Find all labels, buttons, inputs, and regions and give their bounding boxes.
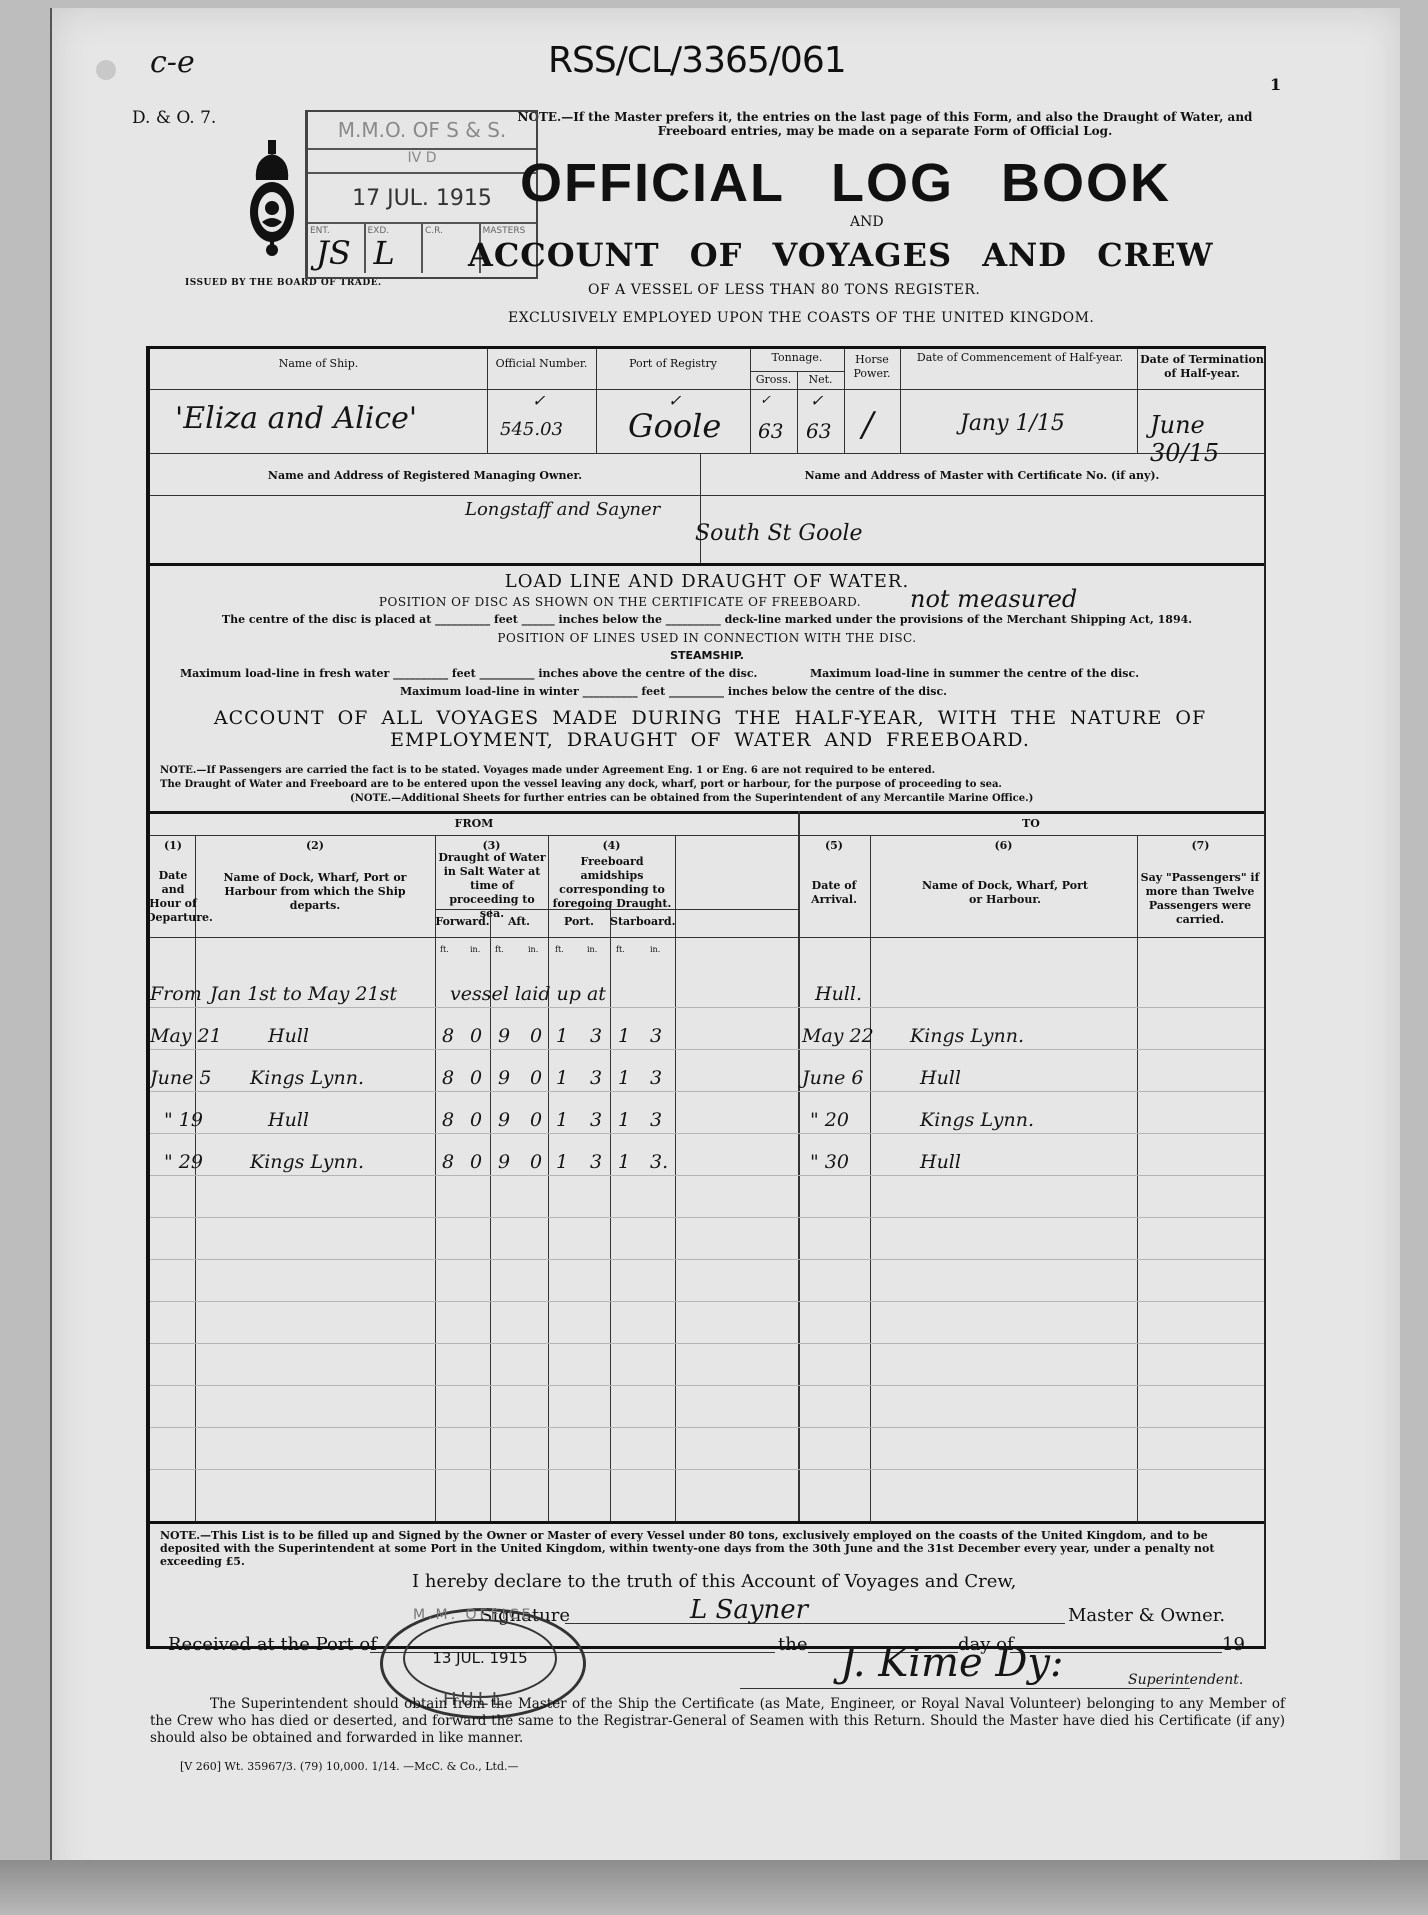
the-label: the	[778, 1634, 807, 1655]
disc-position: POSITION OF DISC AS SHOWN ON THE CERTIFI…	[350, 595, 890, 609]
owner-name: Longstaff and Sayner	[465, 499, 660, 520]
label-commencement: Date of Commencement of Half-year.	[910, 351, 1130, 365]
superintendent-label: Superintendent.	[1128, 1672, 1243, 1688]
issued-by: ISSUED BY THE BOARD OF TRADE.	[185, 278, 382, 288]
received-at-port-label: Received at the Port of	[168, 1634, 377, 1655]
royal-crest-icon	[248, 140, 296, 265]
form-code: D. & O. 7.	[132, 108, 216, 128]
col-arrival-port: Name of Dock, Wharf, Port or Harbour.	[920, 879, 1090, 907]
net-tonnage: 63	[806, 419, 831, 443]
col-departure-port: Name of Dock, Wharf, Port or Harbour fro…	[220, 871, 410, 913]
label-net: Net.	[797, 373, 844, 387]
label-horse-power: Horse Power.	[844, 353, 900, 381]
stamp-cell-ent: ENT.JS	[308, 224, 366, 273]
page-subtitle: ACCOUNT OF VOYAGES AND CREW	[468, 236, 1214, 274]
subcol-port: Port.	[548, 915, 610, 929]
label-owner: Name and Address of Registered Managing …	[150, 469, 700, 483]
master-owner-label: Master & Owner.	[1068, 1605, 1225, 1626]
official-number: 545.03	[500, 419, 563, 440]
print-code: [V 260] Wt. 35967/3. (79) 10,000. 1/14. …	[180, 1760, 519, 1773]
to-heading: TO	[798, 817, 1264, 831]
unit-in: in.	[528, 943, 538, 957]
year-label: 19	[1222, 1634, 1245, 1655]
horse-power: /	[862, 405, 873, 445]
col-6-num: (6)	[870, 839, 1137, 853]
stamp-dept: IV D	[308, 150, 536, 174]
vessel-class: OF A VESSEL OF LESS THAN 80 TONS REGISTE…	[588, 282, 980, 298]
laid-up-period: Jan 1st to May 21st	[210, 983, 397, 1005]
col-7-num: (7)	[1137, 839, 1264, 853]
winter-line: Maximum load-line in winter __________ f…	[400, 685, 1000, 698]
col-1-num: (1)	[146, 839, 200, 853]
archive-reference: RSS/CL/3365/061	[548, 40, 846, 81]
disc-position-value: not measured	[910, 585, 1077, 613]
fresh-water-line: Maximum load-line in fresh water _______…	[180, 667, 780, 680]
superintendent-instructions: The Superintendent should obtain from th…	[150, 1696, 1285, 1747]
page-number: 1	[1270, 75, 1281, 94]
voyages-note-3: (NOTE.—Additional Sheets for further ent…	[350, 793, 1033, 804]
voyages-note-2: The Draught of Water and Freeboard are t…	[160, 779, 1002, 790]
declaration: I hereby declare to the truth of this Ac…	[412, 1571, 1016, 1592]
superintendent-signature: J. Kime Dy:	[840, 1640, 1064, 1686]
unit-ft: ft.	[495, 943, 504, 957]
label-tonnage: Tonnage.	[750, 351, 844, 365]
page-title: OFFICIAL LOG BOOK	[520, 152, 1171, 214]
voyages-heading: ACCOUNT OF ALL VOYAGES MADE DURING THE H…	[170, 707, 1250, 751]
summer-line: Maximum load-line in summer the centre o…	[810, 667, 1250, 680]
employment-scope: EXCLUSIVELY EMPLOYED UPON THE COASTS OF …	[508, 310, 1094, 326]
col-departure-date: Date and Hour of Departure.	[146, 869, 200, 925]
form-frame: Name of Ship. Official Number. Port of R…	[146, 346, 1266, 1649]
ship-name: 'Eliza and Alice'	[175, 401, 417, 436]
stamp-date: 17 JUL. 1915	[308, 174, 536, 224]
pencil-mark: c-e	[150, 45, 195, 80]
check-icon: ✓	[810, 391, 823, 410]
col-5-num: (5)	[798, 839, 870, 853]
subcol-aft: Aft.	[490, 915, 548, 929]
voyages-note-1: NOTE.—If Passengers are carried the fact…	[160, 765, 935, 776]
laid-up-text: vessel laid up at	[450, 983, 606, 1005]
owner-address: South St Goole	[695, 521, 863, 546]
laid-up-from: From	[150, 983, 202, 1005]
label-port-of-registry: Port of Registry	[596, 357, 750, 371]
subcol-starboard: Starboard.	[610, 915, 675, 929]
laid-up-place: Hull.	[815, 983, 862, 1005]
commencement-date: Jany 1/15	[960, 411, 1065, 436]
load-line-heading: LOAD LINE AND DRAUGHT OF WATER.	[150, 571, 1264, 592]
check-icon: ✓	[760, 393, 771, 408]
col-arrival-date: Date of Arrival.	[798, 879, 870, 907]
steamship-label: STEAMSHIP.	[150, 649, 1264, 662]
unit-ft: ft.	[616, 943, 625, 957]
label-official-number: Official Number.	[487, 357, 596, 371]
lines-heading: POSITION OF LINES USED IN CONNECTION WIT…	[150, 631, 1264, 645]
top-note: NOTE.—If the Master prefers it, the entr…	[505, 110, 1265, 138]
termination-date: June 30/15	[1150, 411, 1264, 467]
footer-note: NOTE.—This List is to be filled up and S…	[160, 1529, 1260, 1568]
unit-in: in.	[470, 943, 480, 957]
mmo-stamp-date: 13 JUL. 1915	[403, 1619, 557, 1698]
label-termination: Date of Termination of Half-year.	[1140, 353, 1264, 381]
port-of-registry: Goole	[628, 407, 721, 445]
title-and: AND	[850, 214, 884, 230]
punch-hole	[96, 60, 116, 80]
col-draught: Draught of Water in Salt Water at time o…	[437, 851, 547, 921]
col-4-num: (4)	[548, 839, 675, 853]
subcol-forward: Forward.	[435, 915, 490, 929]
unit-in: in.	[587, 943, 597, 957]
stamp-office: M.M.O. OF S & S.	[308, 112, 536, 150]
unit-ft: ft.	[440, 943, 449, 957]
disc-centre-line: The centre of the disc is placed at ____…	[150, 613, 1264, 626]
unit-in: in.	[650, 943, 660, 957]
col-freeboard: Freeboard amidships corresponding to for…	[550, 855, 674, 911]
label-master: Name and Address of Master with Certific…	[700, 469, 1264, 483]
unit-ft: ft.	[555, 943, 564, 957]
label-gross: Gross.	[750, 373, 797, 387]
stamp-cell-exd: EXD.L	[366, 224, 424, 273]
from-heading: FROM	[150, 817, 798, 831]
page-shadow	[0, 1860, 1428, 1915]
col-passengers: Say "Passengers" if more than Twelve Pas…	[1140, 871, 1260, 927]
gross-tonnage: 63	[758, 419, 783, 443]
label-name-of-ship: Name of Ship.	[150, 357, 487, 371]
check-icon: ✓	[532, 391, 545, 410]
col-2-num: (2)	[195, 839, 435, 853]
master-signature: L Sayner	[690, 1595, 808, 1625]
